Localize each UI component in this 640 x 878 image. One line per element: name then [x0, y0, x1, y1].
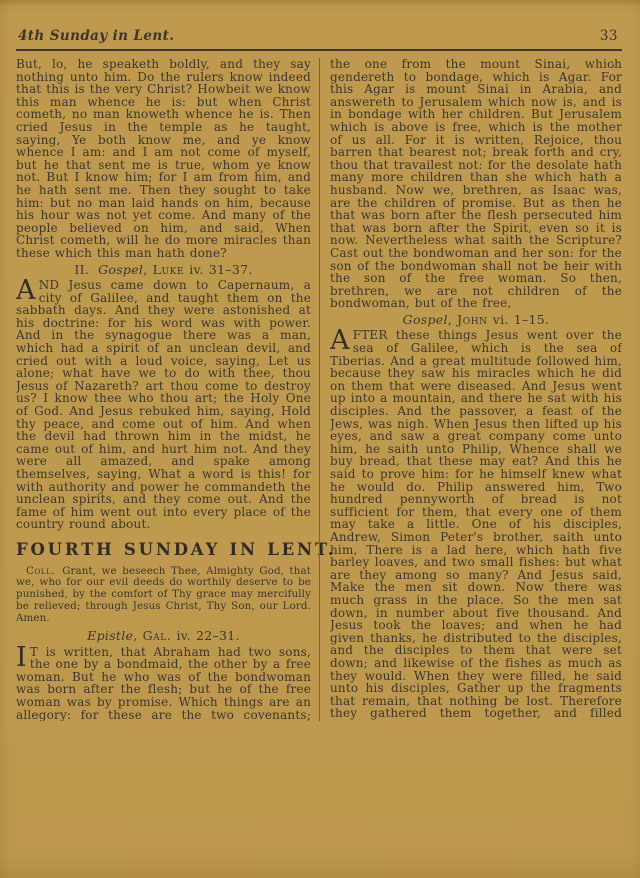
book-page: 4th Sunday in Lent. 33 But, lo, he speak… [0, 0, 640, 878]
heading-book: John [457, 312, 488, 327]
collect-paragraph: Coll.Grant, we beseech Thee, Almighty Go… [16, 566, 311, 626]
epistle-body: T is written, that Abraham had two sons,… [16, 646, 311, 722]
gospel-luke-heading: II.Gospel, Luke iv. 31–37. [16, 264, 311, 277]
gospel-john-body: FTER these things Jesus went over the se… [330, 329, 622, 719]
heading-reference: iv. 31–37. [184, 262, 252, 277]
right-column: the one from the mount Sinai, which gend… [319, 58, 622, 721]
two-column-text: But, lo, he speaketh boldly, and they sa… [16, 58, 622, 721]
heading-type: Gospel [403, 312, 448, 327]
heading-numeral: II. [74, 262, 89, 277]
heading-separator: , [448, 312, 457, 327]
gospel-luke-text: AND Jesus came down to Capernaum, a city… [16, 279, 311, 531]
page-header: 4th Sunday in Lent. 33 [16, 28, 622, 51]
heading-book: Gal. [143, 628, 172, 643]
left-column: But, lo, he speaketh boldly, and they sa… [16, 58, 319, 721]
heading-reference: iv. 22–31. [171, 628, 239, 643]
collect-label: Coll. [26, 565, 55, 577]
running-head: 4th Sunday in Lent. [18, 28, 174, 44]
heading-book: Luke [153, 262, 185, 277]
section-heading-fourth-sunday: FOURTH SUNDAY IN LENT. [16, 544, 311, 557]
collect-text: Grant, we beseech Thee, Almighty God, th… [16, 565, 311, 625]
page-number: 33 [600, 28, 618, 44]
epistle-text: IT is written, that Abraham had two sons… [16, 646, 311, 722]
heading-reference: vi. 1–15. [488, 312, 550, 327]
heading-separator: , [133, 628, 142, 643]
gospel-john-heading: Gospel, John vi. 1–15. [330, 314, 622, 327]
epistle-gal-continuation: the one from the mount Sinai, which gend… [330, 58, 622, 310]
gospel-john-text: AFTER these things Jesus went over the s… [330, 329, 622, 719]
gospel-john-continuation: But, lo, he speaketh boldly, and they sa… [16, 58, 311, 260]
epistle-heading: Epistle, Gal. iv. 22–31. [16, 630, 311, 643]
dropcap-letter: I [16, 646, 30, 669]
heading-type: Gospel [98, 262, 143, 277]
heading-separator: , [143, 262, 152, 277]
dropcap-letter: A [330, 329, 353, 352]
dropcap-letter: A [16, 279, 39, 302]
gospel-luke-body: ND Jesus came down to Capernaum, a city … [16, 279, 311, 531]
heading-type: Epistle [87, 628, 133, 643]
